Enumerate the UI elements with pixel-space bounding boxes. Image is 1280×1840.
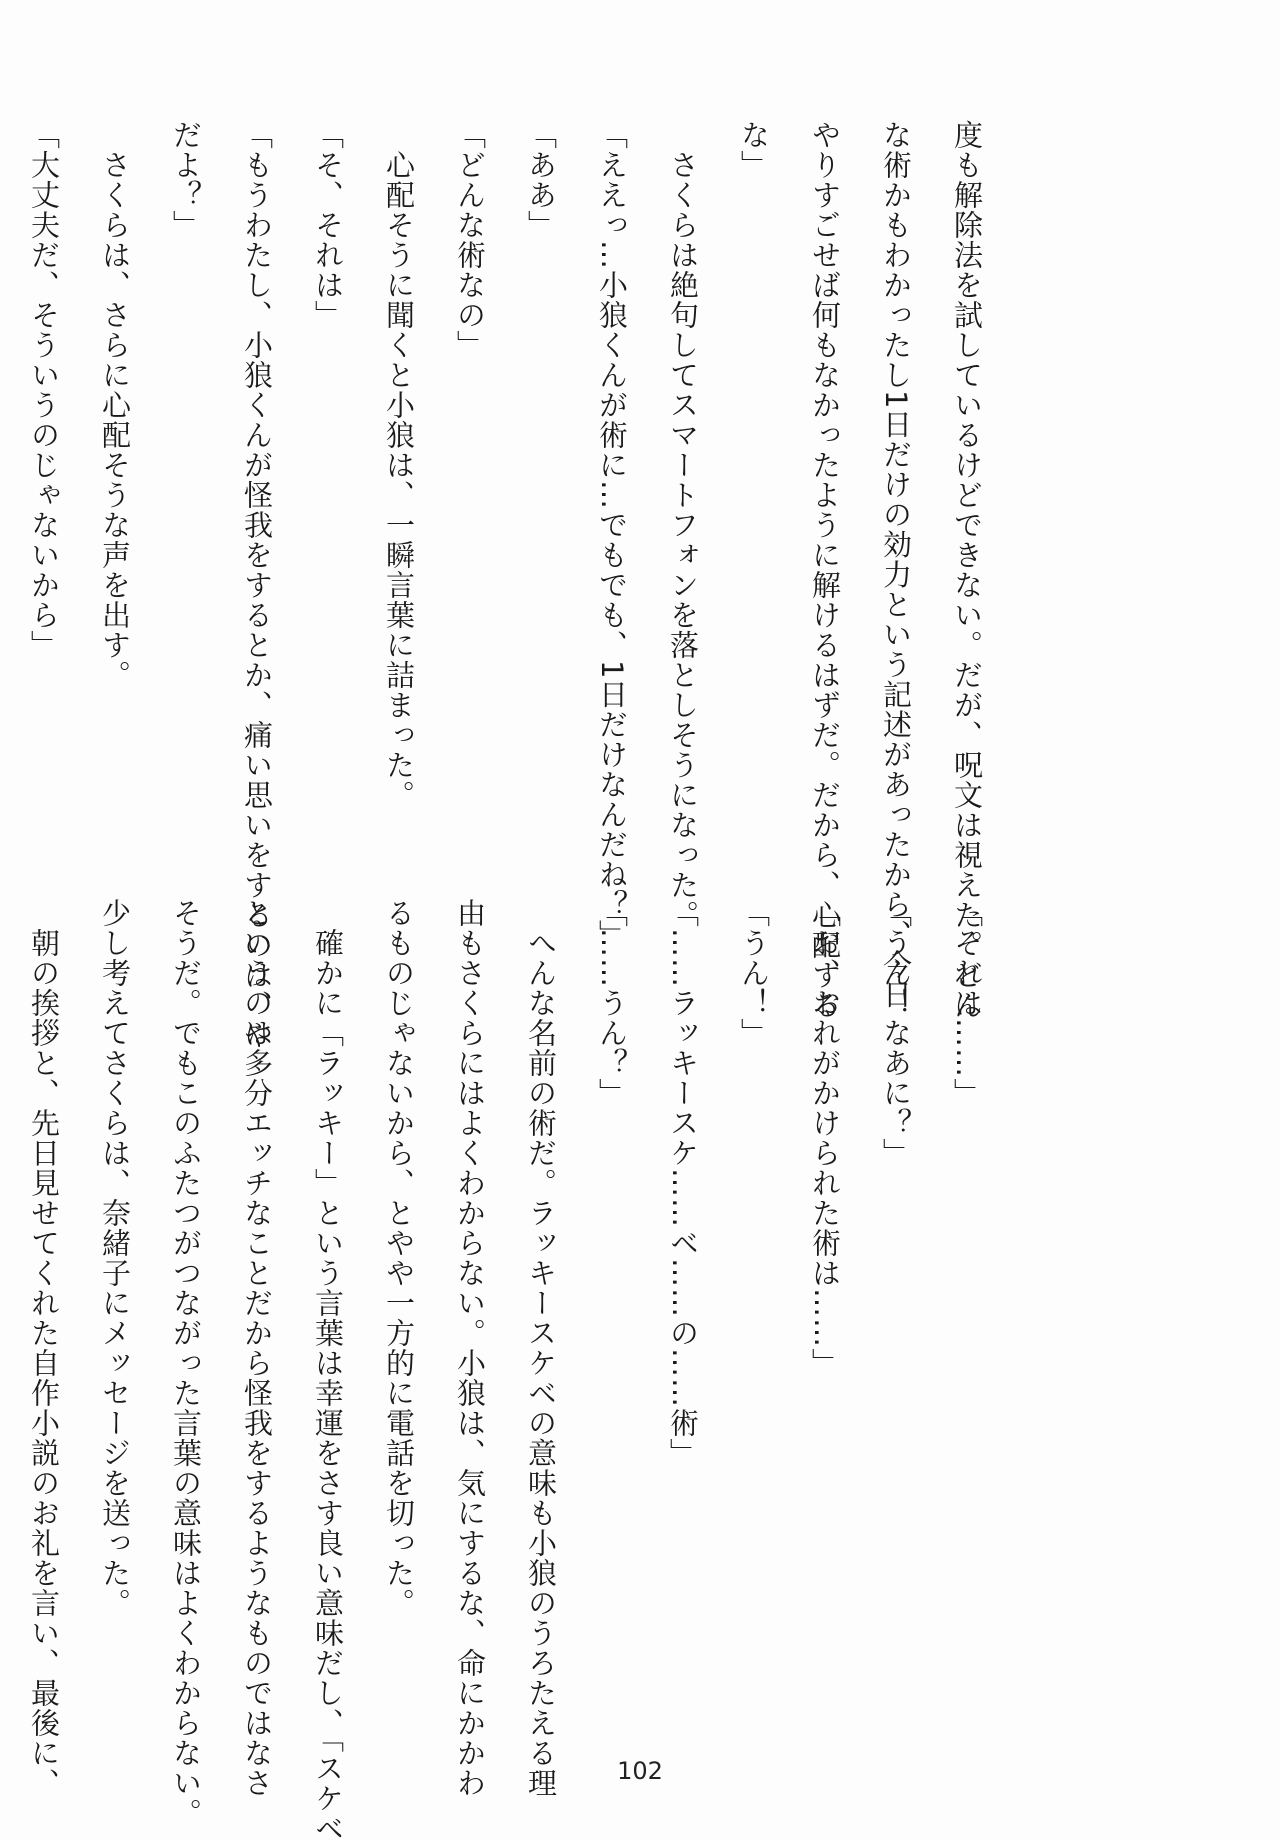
text-line: さくらは絶句してスマートフォンを落としそうになった。	[647, 120, 718, 840]
page-number: 102	[0, 1757, 1280, 1785]
text-line: な術かもわかったし1日だけの効力という記述があったから、今日	[860, 120, 931, 840]
text-line: 確かに「ラッキー」という言葉は幸運をさす良い意味だし、「スケベ」	[292, 898, 363, 1618]
text-line: というのは多分エッチなことだから怪我をするようなものではなさ	[221, 898, 292, 1618]
text-line: 「もうわたし、小狼くんが怪我をするとか、痛い思いをするのは、や	[221, 120, 292, 840]
text-line: 度も解除法を試しているけどできない。だが、呪文は視えた。どん	[931, 120, 1002, 840]
text-block-bottom: 「それは……」 「うん！なあに？」 「お、おれがかけられた術は……」 「うん！」…	[162, 898, 1002, 1618]
text-line: 「ええっ…小狼くんが術に…でもでも、1日だけなんだね？」	[576, 120, 647, 840]
text-line: 「ああ」	[505, 120, 576, 840]
text-line: 「お、おれがかけられた術は……」	[789, 898, 860, 1618]
text-line: 心配そうに聞くと小狼は、一瞬言葉に詰まった。	[363, 120, 434, 840]
text-line: 「そ、それは」	[292, 120, 363, 840]
text-line: 「……ラッキースケ……ベ……の……術」	[647, 898, 718, 1618]
text-line: さくらは、さらに心配そうな声を出す。	[79, 120, 150, 840]
text-line: 朝の挨拶と、先日見せてくれた自作小説のお礼を言い、最後に、	[8, 898, 79, 1618]
text-block-top: 度も解除法を試しているけどできない。だが、呪文は視えた。どん な術かもわかったし…	[162, 120, 1002, 840]
manuscript-page: 度も解除法を試しているけどできない。だが、呪文は視えた。どん な術かもわかったし…	[0, 0, 1280, 1840]
text-line: 「大丈夫だ、そういうのじゃないから」	[8, 120, 79, 840]
text-line: 「それは……」	[931, 898, 1002, 1618]
text-line: だよ？」	[150, 120, 221, 840]
text-line: 「どんな術なの」	[434, 120, 505, 840]
text-line: 「うん！」	[718, 898, 789, 1618]
text-line: そうだ。でもこのふたつがつながった言葉の意味はよくわからない。	[150, 898, 221, 1618]
text-line: 「うん！なあに？」	[860, 898, 931, 1618]
text-line: な」	[718, 120, 789, 840]
text-line: へんな名前の術だ。ラッキースケベの意味も小狼のうろたえる理	[505, 898, 576, 1618]
text-line: るものじゃないから、とやや一方的に電話を切った。	[363, 898, 434, 1618]
text-line: 安心しろと言うが、さくらは、隠さないで言ってほしいと食い下が	[0, 120, 8, 840]
text-line: やりすごせば何もなかったように解けるはずだ。だから、心配する	[789, 120, 860, 840]
text-line: ラッキースケベって何のことかな？とさりげなく（つもり）尋ねてみ	[0, 898, 8, 1618]
text-line: 少し考えてさくらは、奈緒子にメッセージを送った。	[79, 898, 150, 1618]
text-line: 由もさくらにはよくわからない。小狼は、気にするな、命にかかわ	[434, 898, 505, 1618]
text-line: 「……うん？」	[576, 898, 647, 1618]
